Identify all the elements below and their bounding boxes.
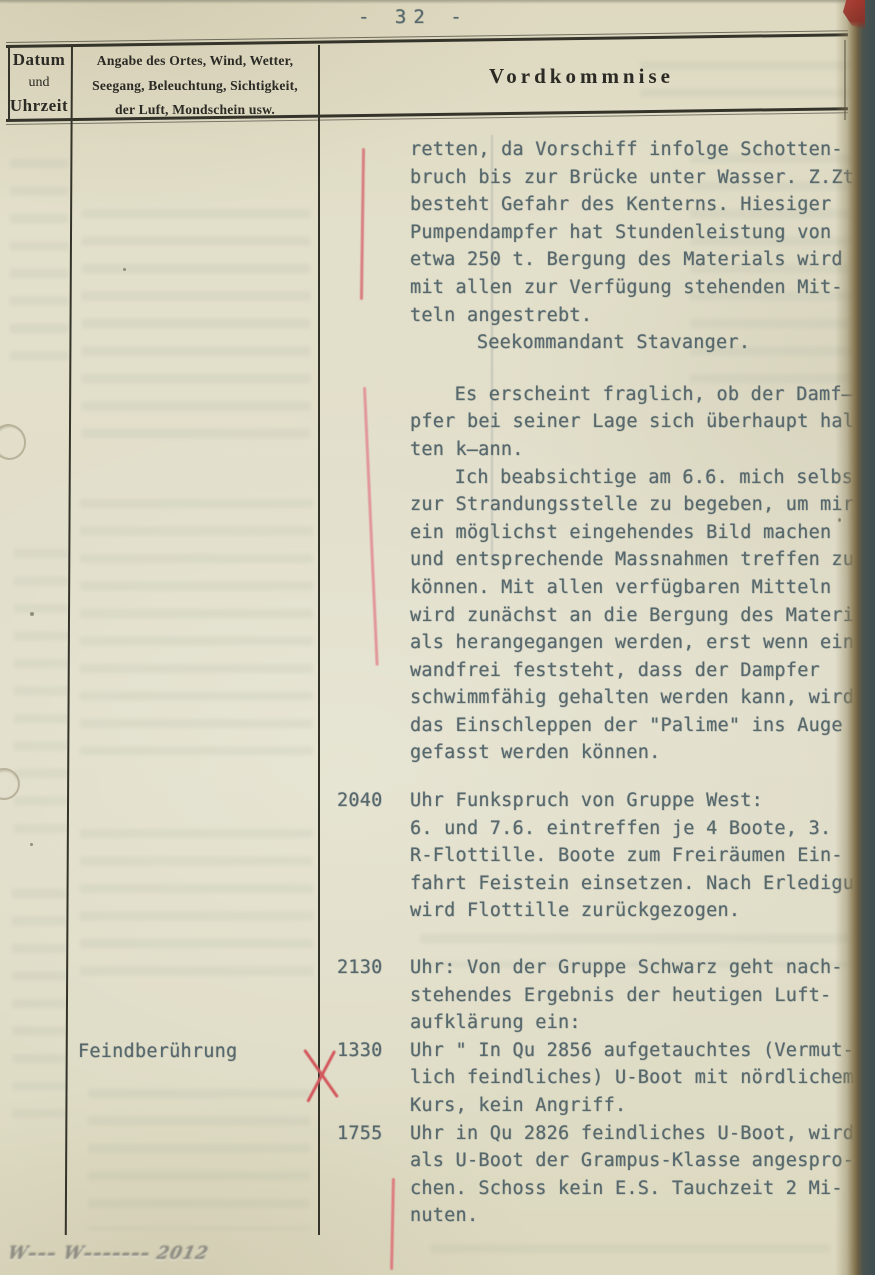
column-header-vordkommnise: Vordkommnise [318,64,845,89]
time-label: 2130 [337,957,410,985]
header-datum-line2: und [6,71,72,94]
watermark-text: W––– W––––––– 2012 [6,1244,211,1264]
log-line: 6. und 7.6. eintreffen je 4 Boote, 3. [337,818,873,846]
log-line: bruch bis zur Brücke unter Wasser. Z.Zt. [337,167,873,195]
page-number: - 32 - [358,6,469,28]
log-line: Es erscheint fraglich, ob der Damf̶ [337,384,873,412]
bleedthrough-smudge [80,820,313,985]
log-line-text: das Einschleppen der "Palime" ins Auge [410,715,843,743]
time-label [337,167,410,195]
bleedthrough-smudge [14,540,68,840]
log-line: Pumpendampfer hat Stundenleistung von [337,222,873,250]
log-line: ten k̶ann. [337,439,873,467]
time-label [337,522,410,550]
log-line: das Einschleppen der "Palime" ins Auge [337,715,873,743]
margin-note-feindberuehrung: Feindberührung [78,1041,237,1062]
time-label [337,1178,410,1206]
log-line-text: Uhr Funkspruch von Gruppe West: [410,790,763,818]
log-line: 2130Uhr: Von der Gruppe Schwarz geht nac… [337,957,873,985]
log-line-text: als U-Boot der Grampus-Klasse angespro- [410,1150,854,1178]
log-line: gefasst werden können. [337,742,873,770]
paper-speck [123,268,126,271]
log-line: wird Flottille zurückgezogen. [337,900,873,928]
log-line-text: lich feindliches) U-Boot mit nördlichem [410,1067,854,1095]
paper-speck [30,612,34,616]
bleedthrough-smudge [88,1080,310,1230]
log-line: ein möglichst eingehendes Bild machen [337,522,873,550]
log-line-text: Uhr in Qu 2826 feindliches U-Boot, wird [410,1123,854,1151]
log-line: wird zunächst an die Bergung des Materi- [337,605,873,633]
time-label [337,384,410,412]
log-line: etwa 250 t. Bergung des Materials wird [337,249,873,277]
bleedthrough-smudge [12,880,66,1130]
column-header-datum: Datum und Uhrzeit [6,48,72,117]
paper-speck [30,843,33,846]
log-line-text: Pumpendampfer hat Stundenleistung von [410,222,831,250]
time-label [337,1095,410,1123]
log-line: pfer bei seiner Lage sich überhaupt hal- [337,411,873,439]
time-label [337,742,410,770]
log-line-text: als herangegangen werden, erst wenn ein- [410,632,866,660]
log-line: nuten. [337,1205,873,1233]
log-line-text: Uhr " In Qu 2856 aufgetauchtes (Vermut- [410,1040,854,1068]
log-line: besteht Gefahr des Kenterns. Hiesiger [337,194,873,222]
log-line-text: teln angestrebt. [410,305,592,333]
time-label [337,1067,410,1095]
time-label [337,818,410,846]
time-label [337,411,410,439]
log-line-text: pfer bei seiner Lage sich überhaupt hal- [410,411,866,439]
log-line: retten, da Vorschiff infolge Schotten- [337,139,873,167]
log-line-text: retten, da Vorschiff infolge Schotten- [410,139,843,167]
log-line-text: Ich beabsichtige am 6.6. mich selbst [410,467,865,495]
header-angabe-line2: Seegang, Beleuchtung, Sichtigkeit, [74,74,316,99]
log-line-text: können. Mit allen verfügbaren Mitteln [410,577,831,605]
log-line: 1755Uhr in Qu 2826 feindliches U-Boot, w… [337,1123,873,1151]
bleedthrough-smudge [80,490,313,755]
column-header-angabe: Angabe des Ortes, Wind, Wetter, Seegang,… [74,49,316,123]
log-line-text: aufklärung ein: [410,1012,581,1040]
time-label [337,845,410,873]
log-line-text: fahrt Feistein einsetzen. Nach Erledigun… [410,873,875,901]
time-label [337,332,410,360]
log-line: Ich beabsichtige am 6.6. mich selbst [337,467,873,495]
log-line: fahrt Feistein einsetzen. Nach Erledigun… [337,873,873,901]
time-label [337,715,410,743]
time-label [337,139,410,167]
log-line: wandfrei feststeht, dass der Dampfer [337,660,873,688]
time-label [337,249,410,277]
time-label [337,985,410,1013]
bleedthrough-smudge [10,150,68,360]
time-label [337,439,410,467]
log-line-text: Uhr: Von der Gruppe Schwarz geht nach- [410,957,843,985]
log-line: schwimmfähig gehalten werden kann, wird [337,687,873,715]
time-label [337,467,410,495]
log-line-text: wandfrei feststeht, dass der Dampfer [410,660,820,688]
log-line: und entsprechende Massnahmen treffen zu [337,549,873,577]
log-line-text: schwimmfähig gehalten werden kann, wird [410,687,854,715]
time-label [337,1205,410,1233]
log-line: aufklärung ein: [337,1012,873,1040]
log-line-text: zur Strandungsstelle zu begeben, um mir [410,494,854,522]
log-line-text: 6. und 7.6. eintreffen je 4 Boote, 3. [410,818,831,846]
log-line-text: und entsprechende Massnahmen treffen zu [410,549,854,577]
log-line-text: Seekommandant Stavanger. [410,332,750,360]
time-label [337,1012,410,1040]
bleedthrough-smudge [430,1235,830,1271]
log-line-text: besteht Gefahr des Kenterns. Hiesiger [410,194,831,222]
log-line: Kurs, kein Angriff. [337,1095,873,1123]
log-line-text: gefasst werden können. [410,742,661,770]
log-line: mit allen zur Verfügung stehenden Mit- [337,277,873,305]
log-line: können. Mit allen verfügbaren Mitteln [337,577,873,605]
time-label [337,277,410,305]
log-line-text: bruch bis zur Brücke unter Wasser. Z.Zt. [410,167,866,195]
log-line-text: etwa 250 t. Bergung des Materials wird [410,249,843,277]
time-label [337,305,410,333]
log-text-column: retten, da Vorschiff infolge Schotten-br… [337,139,873,1233]
time-label: 1330 [337,1040,410,1068]
log-line-text: stehendes Ergebnis der heutigen Luft- [410,985,831,1013]
bleedthrough-smudge [82,200,310,450]
log-line-text: Es erscheint fraglich, ob der Damf̶ [410,384,853,412]
log-line-text: wird zunächst an die Bergung des Materi- [410,605,866,633]
log-line: teln angestrebt. [337,305,873,333]
log-line: chen. Schoss kein E.S. Tauchzeit 2 Mi- [337,1178,873,1206]
time-label [337,222,410,250]
log-line: zur Strandungsstelle zu begeben, um mir [337,494,873,522]
time-label [337,873,410,901]
log-line: lich feindliches) U-Boot mit nördlichem [337,1067,873,1095]
log-line-text: Kurs, kein Angriff. [410,1095,626,1123]
log-line: Seekommandant Stavanger. [337,332,873,360]
header-angabe-line1: Angabe des Ortes, Wind, Wetter, [74,49,316,74]
header-angabe-line3: der Luft, Mondschein usw. [74,98,316,123]
log-line-text: ein möglichst eingehendes Bild machen [410,522,831,550]
rule-column2-separator [318,45,320,1235]
log-line: 2040Uhr Funkspruch von Gruppe West: [337,790,873,818]
time-label [337,900,410,928]
page-edge [835,0,875,1275]
header-datum-line3: Uhrzeit [6,94,72,117]
time-label [337,1150,410,1178]
log-line: als U-Boot der Grampus-Klasse angespro- [337,1150,873,1178]
punch-hole-ring-1 [0,420,30,464]
scanned-logbook-page: { "page": { "number": "- 32 -" }, "table… [0,0,875,1275]
log-line-text: mit allen zur Verfügung stehenden Mit- [410,277,843,305]
time-label: 2040 [337,790,410,818]
log-line-text: ten k̶ann. [410,439,524,467]
log-line-text: R-Flottille. Boote zum Freiräumen Ein- [410,845,843,873]
header-datum-line1: Datum [6,48,72,71]
log-line-text: chen. Schoss kein E.S. Tauchzeit 2 Mi- [410,1178,843,1206]
log-line: 1330Uhr " In Qu 2856 aufgetauchtes (Verm… [337,1040,873,1068]
time-label [337,660,410,688]
paper-sheet: Datum und Uhrzeit Angabe des Ortes, Wind… [0,0,862,1275]
log-line-text: wird Flottille zurückgezogen. [410,900,740,928]
time-label [337,494,410,522]
time-label: 1755 [337,1123,410,1151]
time-label [337,687,410,715]
time-label [337,194,410,222]
log-line-text: nuten. [410,1205,478,1233]
log-line: als herangegangen werden, erst wenn ein- [337,632,873,660]
log-line: stehendes Ergebnis der heutigen Luft- [337,985,873,1013]
log-line: R-Flottille. Boote zum Freiräumen Ein- [337,845,873,873]
